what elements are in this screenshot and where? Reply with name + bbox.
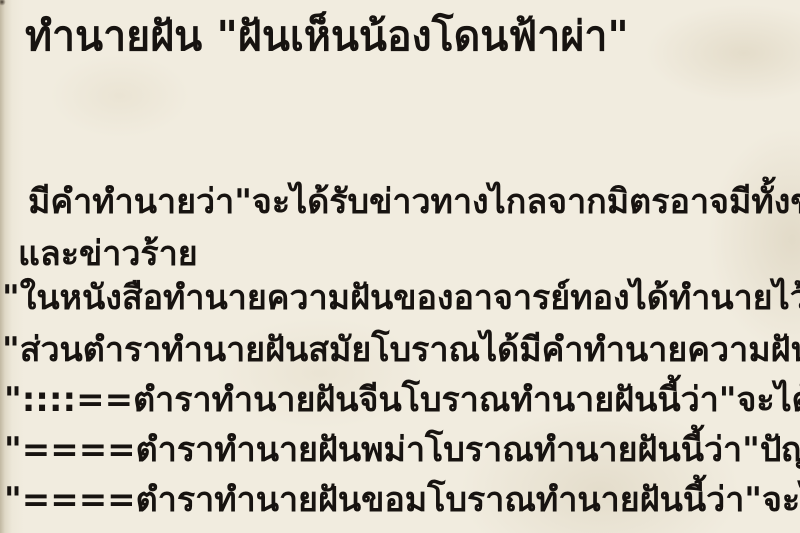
body-line-burmese-treatise: "====ตำราทำนายฝันพม่าโบราณทำนายฝันนี้ว่า… [4, 432, 800, 469]
body-line-prediction-intro: มีคำทำนายว่า"จะได้รับข่าวทางไกลจากมิตรอา… [28, 184, 800, 221]
body-line-khmer-treatise: "====ตำราทำนายฝันขอมโบราณทำนายฝันนี้ว่า"… [4, 482, 800, 519]
body-line-ajarn-thong-book: "ในหนังสือทำนายความฝันของอาจารย์ทองได้ทำ… [2, 280, 800, 317]
body-line-prediction-intro-cont: และข่าวร้าย [18, 236, 198, 273]
body-line-chinese-treatise: "::::==ตำราทำนายฝันจีนโบราณทำนายฝันนี้ว่… [4, 382, 800, 419]
dream-interpretation-page: ทำนายฝัน "ฝันเห็นน้องโดนฟ้าผ่า" มีคำทำนา… [0, 0, 800, 533]
page-title: ทำนายฝัน "ฝันเห็นน้องโดนฟ้าผ่า" [25, 14, 629, 59]
body-line-ancient-treatise: "ส่วนตำราทำนายฝันสมัยโบราณได้มีคำทำนายคว… [2, 332, 800, 369]
